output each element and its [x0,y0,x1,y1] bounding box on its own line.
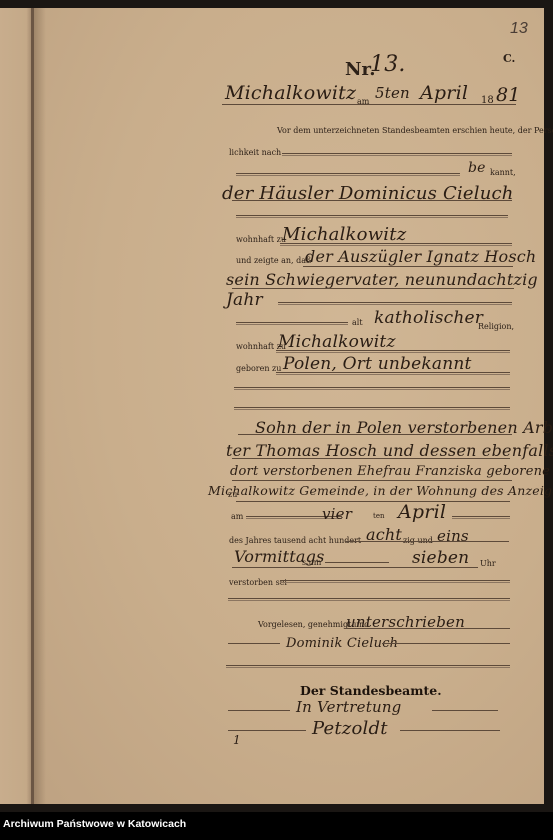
parents-rule-2 [232,458,510,459]
blank-rule-2 [234,407,510,410]
identity-rule [282,153,512,156]
death-place-value: Michalkowitz Gemeinde, in der Wohnung de… [208,483,553,498]
declarant-rule-2 [236,215,508,218]
official-rule-right [432,710,498,711]
death-month-rule [452,516,510,519]
year-rule [345,541,509,542]
time-mid: s um [302,558,321,567]
died-label: verstorben sei [229,578,287,587]
hour-label: Uhr [480,559,496,568]
declares-label: und zeigte an, daß [236,256,311,265]
official-rule-left [228,710,290,711]
declarant-rule [232,200,512,201]
deceased-residence-value: Michalkowitz [278,332,396,352]
blank-rule-3 [226,665,510,668]
known-suffix-print: kannt, [490,168,516,177]
religion-label: Religion, [478,322,514,331]
deceased-rule-2 [232,288,514,289]
parents-rule-3 [232,480,512,481]
year-hand-2: eins [437,527,469,545]
religion-value: katholischer [374,308,483,328]
official-sign-rule-right [400,730,500,731]
margin-mark: 1 [233,733,241,747]
death-place-rule [236,501,510,502]
gutter-shadow [34,8,46,804]
deceased-line-2: sein Schwiegervater, neunundachtzig [226,270,538,289]
parents-rule-1 [238,434,512,435]
form-letter: C. [503,52,515,65]
year-handwritten: 81 [496,84,521,106]
signature-rule-right [382,643,510,644]
died-rule [280,580,510,583]
blank-rule-1 [234,387,510,390]
archive-name: Archiwum Państwowe w Katowicach [3,818,186,830]
date-day: 5ten [375,84,410,102]
residence-label: wohnhaft zu [236,235,286,244]
age-rule [236,322,348,325]
facing-page-edge [0,8,33,804]
hour-value: sieben [412,548,469,568]
deceased-line-3: Jahr [226,290,263,310]
born-value: Polen, Ort unbekannt [283,354,472,374]
intro-text: Vor dem unterzeichneten Standesbeamten e… [277,126,553,135]
time-rule [325,562,389,563]
death-month-value: April [398,501,446,523]
deceased-residence-rule [276,350,510,353]
date-rule [222,104,516,105]
place-handwritten: Michalkowitz [225,82,356,104]
intro-text-2: lichkeit nach [229,148,281,157]
died-rule-2 [228,598,510,601]
date-month: April [420,82,468,104]
official-deputy: In Vertretung [296,698,401,716]
record-number-value: 13. [370,52,406,77]
page-number-pencil: 13 [510,20,528,38]
born-rule [276,372,510,375]
residence-rule [280,243,512,246]
death-date-label: am [231,512,243,521]
death-day-value: vier [322,505,352,523]
deceased-rule-1 [303,266,513,267]
known-rule [236,173,460,176]
born-label: geboren zu [236,364,281,373]
read-rule [344,628,510,629]
deceased-line-1: der Auszügler Ignatz Hosch [305,247,536,266]
parents-line-3: dort verstorbenen Ehefrau Franziska gebo… [230,464,553,479]
year-text: des Jahres tausend acht hundert [229,536,361,545]
religion-prefix: alt [352,318,363,327]
signature-rule-left [228,643,280,644]
deceased-rule-3 [278,302,512,305]
official-heading: Der Standesbeamte. [300,683,442,698]
hour-rule [232,567,478,568]
death-month-label: ten [373,512,384,520]
residence-value: Michalkowitz [282,224,406,245]
known-suffix-hand: be [468,160,486,176]
official-signature: Petzoldt [312,718,388,739]
official-sign-rule-left [228,730,306,731]
